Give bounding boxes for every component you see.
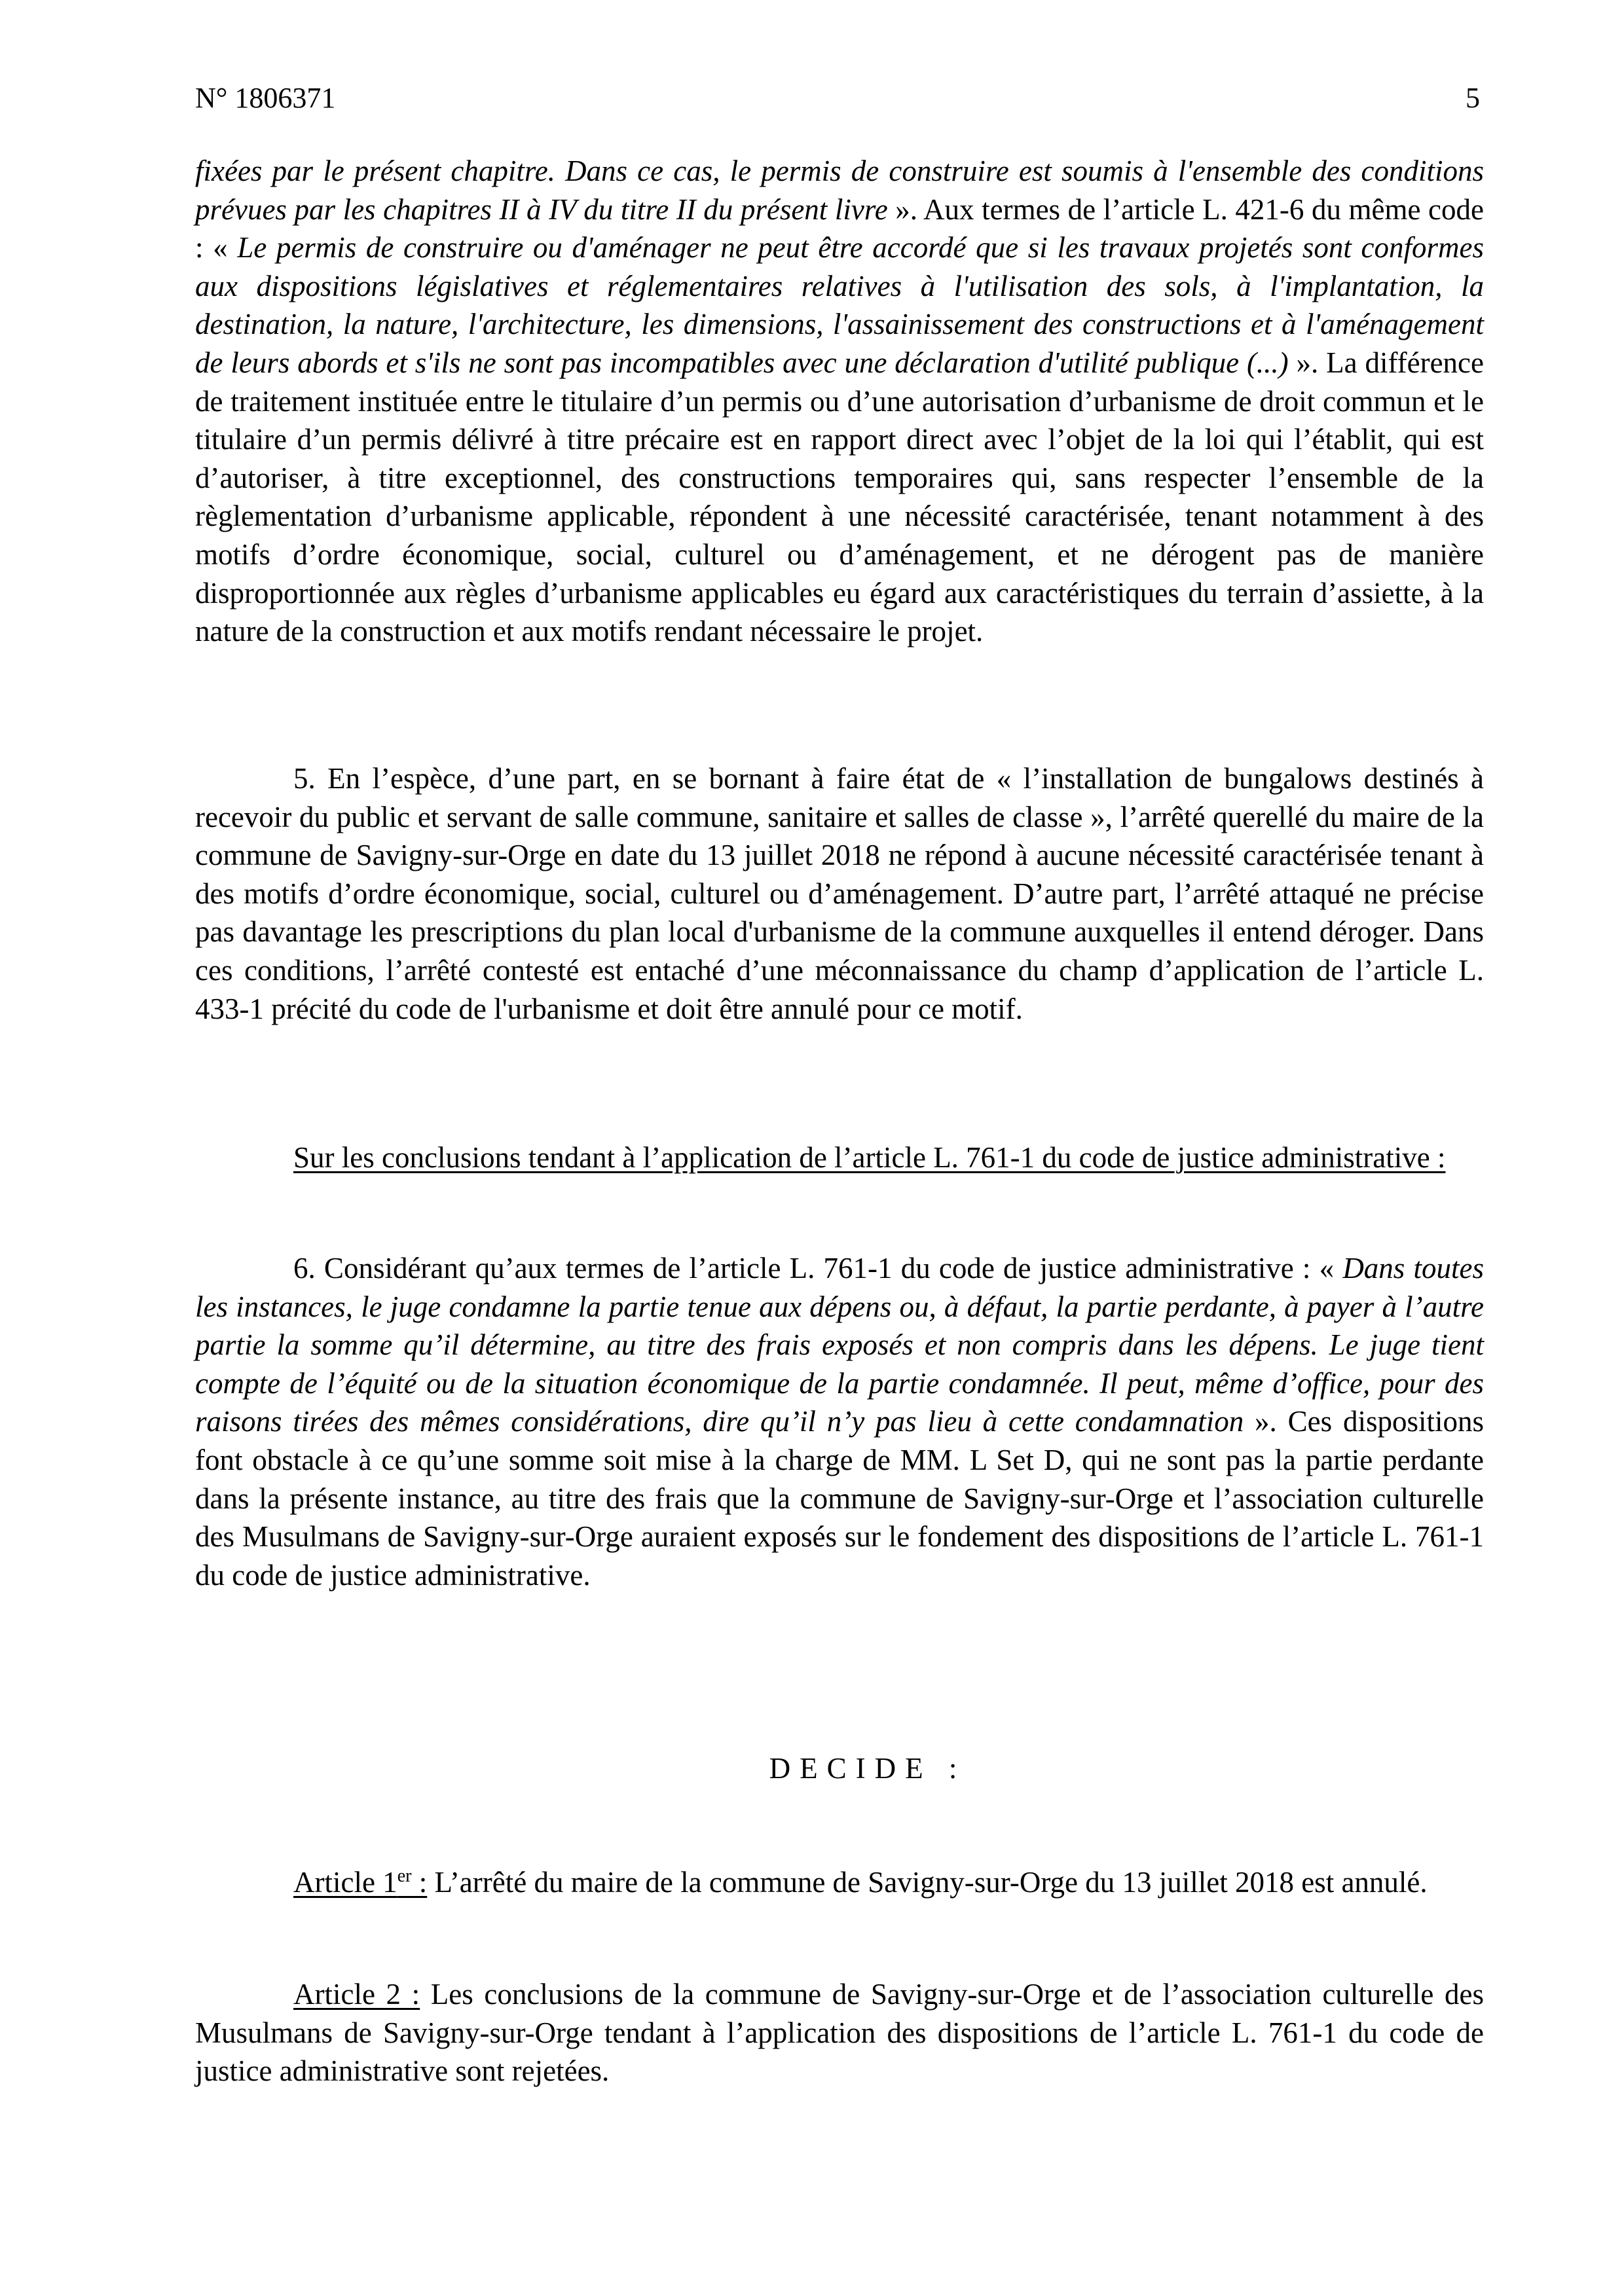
article-1-label: Article 1er : bbox=[293, 1866, 427, 1899]
body-text: ». La différence de traitement instituée… bbox=[195, 346, 1484, 647]
article-label-sup: er bbox=[397, 1866, 412, 1886]
article-label-suffix: : bbox=[411, 1866, 427, 1899]
paragraph-continuation: fixées par le présent chapitre. Dans ce … bbox=[195, 152, 1484, 651]
section-heading: Sur les conclusions tendant à l’applicat… bbox=[195, 1139, 1484, 1177]
article-1: Article 1er : L’arrêté du maire de la co… bbox=[195, 1863, 1484, 1902]
article-1-text: L’arrêté du maire de la commune de Savig… bbox=[427, 1866, 1427, 1899]
page-number: 5 bbox=[1466, 80, 1480, 117]
paragraph-5: 5. En l’espèce, d’une part, en se bornan… bbox=[195, 759, 1484, 1028]
body-text: 6. Considérant qu’aux termes de l’articl… bbox=[293, 1252, 1342, 1285]
article-2-label: Article 2 : bbox=[293, 1978, 420, 2011]
decision-heading: DECIDE : bbox=[0, 1749, 1624, 1788]
article-label: Article 1 bbox=[293, 1866, 397, 1899]
case-number: N° 1806371 bbox=[195, 80, 335, 117]
paragraph-6: 6. Considérant qu’aux termes de l’articl… bbox=[195, 1249, 1484, 1594]
section-heading-text: Sur les conclusions tendant à l’applicat… bbox=[293, 1141, 1445, 1174]
article-2: Article 2 : Les conclusions de la commun… bbox=[195, 1975, 1484, 2090]
